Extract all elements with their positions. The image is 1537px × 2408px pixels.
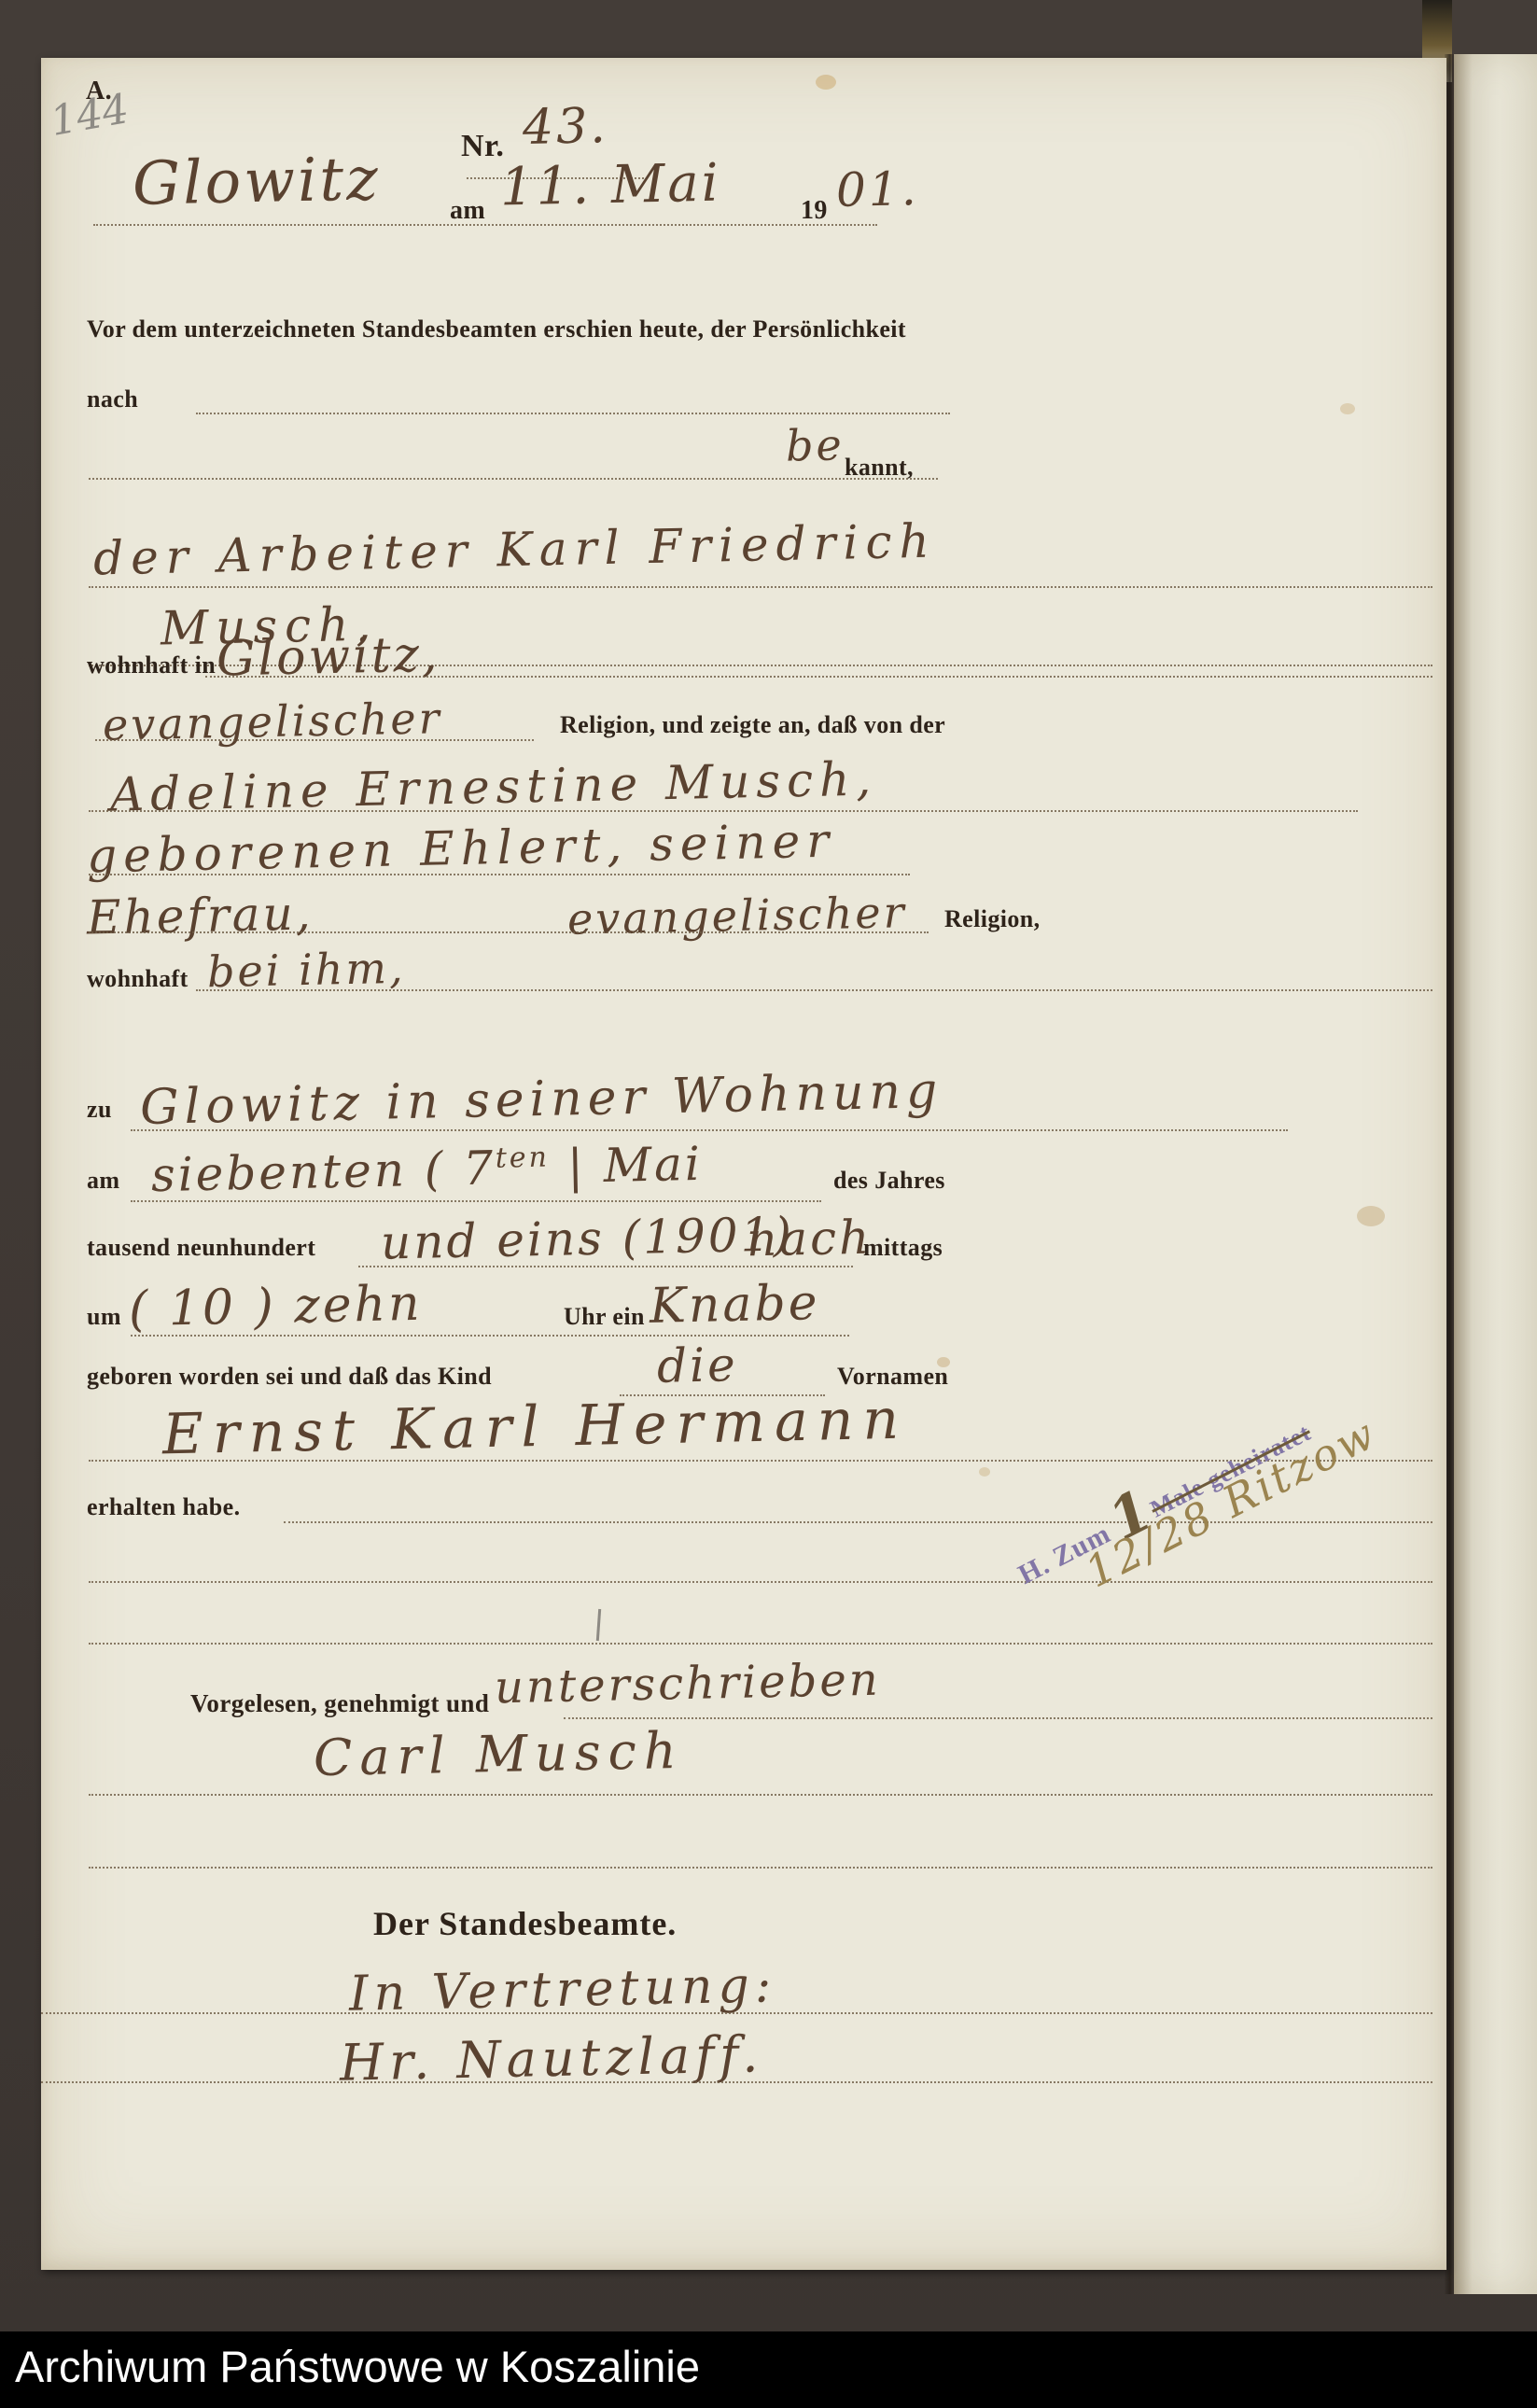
uhr-ein-printed: Uhr ein [564,1303,645,1331]
dotted-line [41,2081,1432,2083]
birthday-hand: siebenten ( 7ten | Mai [150,1137,703,1202]
dotted-line [89,1794,1432,1796]
dotted-line [205,676,1432,678]
archive-footer-bar: Archiwum Państwowe w Koszalinie [0,2331,1537,2408]
tausend-printed: tausend neunhundert [87,1234,315,1262]
dotted-line [131,1200,821,1202]
birthday-part1: siebenten ( 7 [150,1141,496,1202]
wohnhaft-in-label: wohnhaft in [87,651,216,679]
dotted-line [196,989,1432,991]
year-suffix-hand: 01. [835,161,919,217]
wohnhaft2-label: wohnhaft [87,965,189,993]
dotted-line [95,739,534,741]
vorgelesen-printed: Vorgelesen, genehmigt und [190,1689,489,1718]
year-prefix-printed: 19 [801,196,828,226]
dotted-line [196,413,950,414]
paper-stain [979,1467,990,1477]
year-words-hand: und eins (1901) [380,1207,794,1269]
dotted-line [89,931,929,933]
dotted-line [89,874,910,875]
zu-label: zu [87,1096,112,1124]
um-label: um [87,1303,121,1331]
birthday-part2: | Mai [566,1137,703,1194]
dotted-line [358,1266,853,1267]
registrar-heading: Der Standesbeamte. [373,1904,677,1943]
dotted-line [564,1717,1432,1719]
nach-hand: nach [746,1211,872,1267]
birthplace-hand: Glowitz in seiner Wohnung [139,1063,943,1136]
child-name-hand: Ernst Karl Hermann [161,1387,908,1468]
mother-line3: Ehefrau, [86,886,314,945]
scanned-document-view: A. 144 Nr. 43. Glowitz am 11. Mai 19 01.… [0,0,1537,2408]
archive-name: Archiwum Państwowe w Koszalinie [15,2341,700,2392]
religion1-printed: Religion, und zeigte an, daß von der [560,711,945,739]
hour-hand: ( 10 ) zehn [128,1276,423,1338]
dotted-line [131,1335,849,1337]
declarant-line1: der Arbeiter Karl Friedrich [92,514,937,586]
intro-line: Vor dem unterzeichneten Standesbeamten e… [87,315,906,343]
mittags-printed: mittags [863,1234,943,1262]
wohnhaft-in-value: Glowitz, [216,626,440,687]
dotted-line [89,1643,1432,1645]
dotted-line [93,224,877,226]
am2-label: am [87,1167,119,1195]
dotted-line [89,478,938,480]
birthday-ordinal-sup: ten [495,1141,550,1175]
dotted-line [89,1581,1432,1583]
die-hand: die [656,1337,738,1393]
pencil-mark [596,1609,601,1641]
next-page-sliver [1454,54,1537,2294]
dotted-line [89,586,1432,588]
record-number-value: 43. [522,98,608,156]
religion2-printed: Religion, [944,905,1041,933]
dotted-line [131,1129,1288,1131]
nach-label: nach [87,385,138,413]
geboren-printed: geboren worden sei und daß das Kind [87,1363,492,1391]
place-hand: Glowitz [132,145,381,219]
dotted-line [89,810,1358,812]
paper-stain [1340,403,1355,414]
religion2-hand: evangelischer [566,887,907,945]
dotted-line [89,1867,1432,1869]
am-label: am [450,196,485,226]
birth-record-page: A. 144 Nr. 43. Glowitz am 11. Mai 19 01.… [41,58,1446,2270]
date-hand: 11. Mai [499,153,721,218]
des-jahres-printed: des Jahres [833,1167,945,1195]
record-number-label: Nr. [461,129,504,164]
paper-stain [1357,1206,1385,1226]
erhalten-printed: erhalten habe. [87,1493,240,1521]
unterschrieben-hand: unterschrieben [494,1654,881,1715]
marriage-annotation-stamp: H. Zum1Male geheiratet 12/28 Ritzow [976,1292,1447,1649]
paper-stain [816,75,836,90]
declarant-signature: Carl Musch [313,1721,684,1787]
bekannt-hand: be [785,419,845,470]
pencil-page-number: 144 [47,85,133,146]
child-sex-hand: Knabe [649,1275,820,1335]
dotted-line [41,2012,1432,2014]
religion1-hand: evangelischer [102,693,442,750]
